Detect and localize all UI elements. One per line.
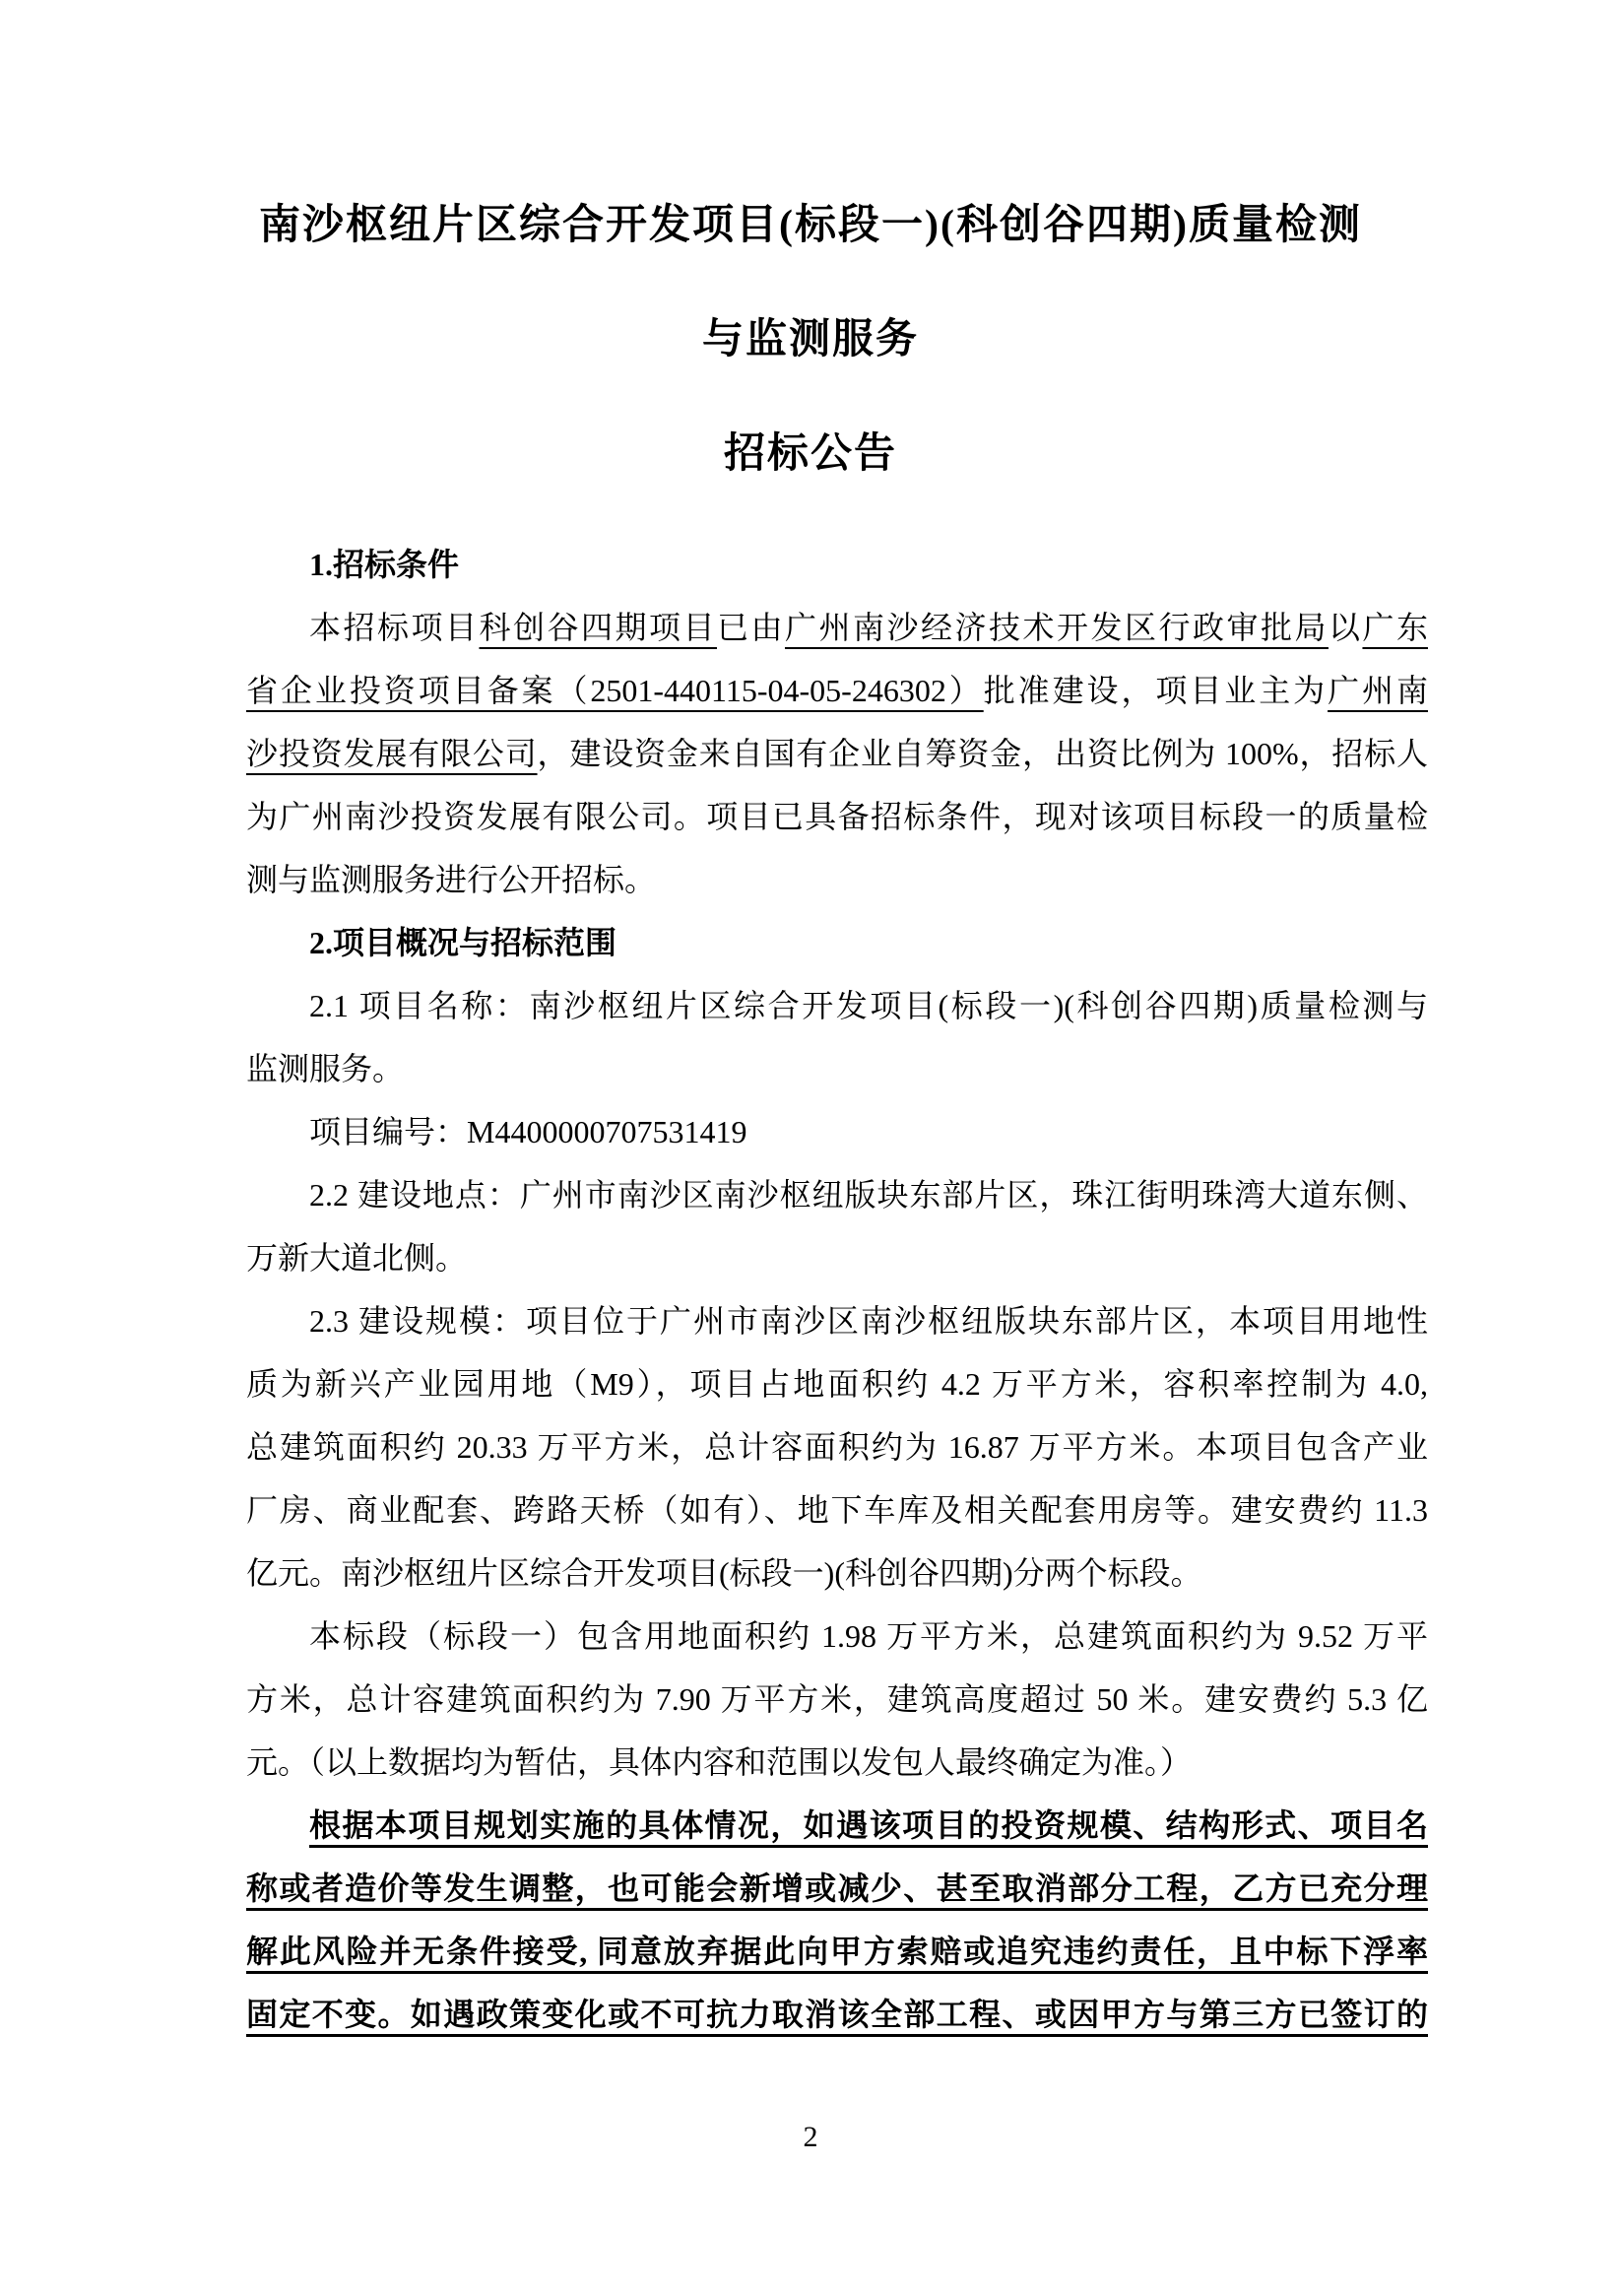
text-segment: 批准建设，项目业主为 bbox=[984, 673, 1328, 708]
text-line: 项目编号：M4400000707531419 bbox=[246, 1100, 1428, 1163]
text-line: 本标段（标段一）包含用地面积约 1.98 万平方米，总建筑面积约为 9.52 万… bbox=[246, 1605, 1428, 1668]
underlined-text-segment: 科创谷四期项目 bbox=[480, 610, 717, 645]
underlined-text-segment: 沙投资发展有限公司 bbox=[246, 736, 538, 771]
text-line: 为广州南沙投资发展有限公司。项目已具备招标条件，现对该项目标段一的质量检 bbox=[246, 785, 1428, 848]
text-segment: 本招标项目 bbox=[309, 610, 480, 645]
document-subtitle: 招标公告 bbox=[0, 397, 1621, 511]
text-segment: 以 bbox=[1329, 610, 1363, 645]
text-line: 厂房、商业配套、跨路天桥（如有）、地下车库及相关配套用房等。建安费约 11.3 bbox=[246, 1478, 1428, 1542]
text-segment: 已由 bbox=[717, 610, 785, 645]
text-segment: 2.1 项目名称：南沙枢纽片区综合开发项目(标段一)(科创谷四期)质量检测与 bbox=[309, 988, 1428, 1023]
text-line: 2.1 项目名称：南沙枢纽片区综合开发项目(标段一)(科创谷四期)质量检测与 bbox=[246, 974, 1428, 1037]
text-line: 沙投资发展有限公司，建设资金来自国有企业自筹资金，出资比例为 100%，招标人 bbox=[246, 722, 1428, 785]
text-line: 测与监测服务进行公开招标。 bbox=[246, 848, 1428, 911]
document-title-block: 南沙枢纽片区综合开发项目(标段一)(科创谷四期)质量检测 与监测服务 招标公告 bbox=[0, 0, 1621, 511]
text-line: 固定不变。如遇政策变化或不可抗力取消该全部工程、或因甲方与第三方已签订的 bbox=[246, 1983, 1428, 2046]
underlined-text-segment: 解此风险并无条件接受, 同意放弃据此向甲方索赔或追究违约责任，且中标下浮率 bbox=[246, 1934, 1428, 1969]
underlined-text-segment: 广东 bbox=[1362, 610, 1428, 645]
text-line: 元。（以上数据均为暂估，具体内容和范围以发包人最终确定为准。） bbox=[246, 1731, 1428, 1794]
document-page: 南沙枢纽片区综合开发项目(标段一)(科创谷四期)质量检测 与监测服务 招标公告 … bbox=[0, 0, 1621, 2296]
text-segment: 亿元。南沙枢纽片区综合开发项目(标段一)(科创谷四期)分两个标段。 bbox=[246, 1555, 1202, 1591]
text-segment: 本标段（标段一）包含用地面积约 1.98 万平方米，总建筑面积约为 9.52 万… bbox=[309, 1618, 1428, 1654]
text-segment: 厂房、商业配套、跨路天桥（如有）、地下车库及相关配套用房等。建安费约 11.3 bbox=[246, 1492, 1428, 1528]
text-segment: 方米，总计容建筑面积约为 7.90 万平方米，建筑高度超过 50 米。建安费约 … bbox=[246, 1681, 1428, 1717]
text-segment: 2.3 建设规模：项目位于广州市南沙区南沙枢纽版块东部片区，本项目用地性 bbox=[309, 1303, 1428, 1339]
underlined-text-segment: 根据本项目规划实施的具体情况，如遇该项目的投资规模、结构形式、项目名 bbox=[309, 1807, 1428, 1843]
text-line: 根据本项目规划实施的具体情况，如遇该项目的投资规模、结构形式、项目名 bbox=[246, 1794, 1428, 1857]
text-line: 方米，总计容建筑面积约为 7.90 万平方米，建筑高度超过 50 米。建安费约 … bbox=[246, 1668, 1428, 1731]
text-line: 监测服务。 bbox=[246, 1037, 1428, 1100]
text-segment: ，建设资金来自国有企业自筹资金，出资比例为 100%，招标人 bbox=[538, 736, 1428, 771]
text-segment: 监测服务。 bbox=[246, 1051, 404, 1086]
text-segment: 总建筑面积约 20.33 万平方米，总计容面积约为 16.87 万平方米。本项目… bbox=[246, 1429, 1428, 1465]
text-line: 本招标项目科创谷四期项目已由广州南沙经济技术开发区行政审批局以广东 bbox=[246, 596, 1428, 659]
text-segment: 1.招标条件 bbox=[309, 547, 459, 582]
underlined-text-segment: 省企业投资项目备案（2501-440115-04-05-246302） bbox=[246, 673, 984, 708]
text-segment: 元。（以上数据均为暂估，具体内容和范围以发包人最终确定为准。） bbox=[246, 1744, 1192, 1780]
section-heading-1: 1.招标条件 bbox=[246, 533, 1428, 596]
text-segment: 为广州南沙投资发展有限公司。项目已具备招标条件，现对该项目标段一的质量检 bbox=[246, 799, 1428, 834]
underlined-text-segment: 称或者造价等发生调整，也可能会新增或减少、甚至取消部分工程，乙方已充分理 bbox=[246, 1870, 1428, 1906]
underlined-text-segment: 广州南 bbox=[1328, 673, 1428, 708]
text-line: 2.2 建设地点：广州市南沙区南沙枢纽版块东部片区，珠江街明珠湾大道东侧、 bbox=[246, 1163, 1428, 1226]
underlined-text-segment: 广州南沙经济技术开发区行政审批局 bbox=[785, 610, 1329, 645]
text-line: 万新大道北侧。 bbox=[246, 1226, 1428, 1289]
text-line: 省企业投资项目备案（2501-440115-04-05-246302）批准建设，… bbox=[246, 659, 1428, 722]
text-segment: 万新大道北侧。 bbox=[246, 1240, 467, 1276]
text-line: 总建筑面积约 20.33 万平方米，总计容面积约为 16.87 万平方米。本项目… bbox=[246, 1415, 1428, 1478]
underlined-text-segment: 固定不变。如遇政策变化或不可抗力取消该全部工程、或因甲方与第三方已签订的 bbox=[246, 1997, 1428, 2032]
text-line: 亿元。南沙枢纽片区综合开发项目(标段一)(科创谷四期)分两个标段。 bbox=[246, 1542, 1428, 1605]
text-segment: 2.项目概况与招标范围 bbox=[309, 925, 616, 960]
section-heading-2: 2.项目概况与招标范围 bbox=[246, 911, 1428, 974]
page-footer: 2 bbox=[0, 2118, 1621, 2157]
page-number: 2 bbox=[804, 2121, 818, 2153]
text-line: 2.3 建设规模：项目位于广州市南沙区南沙枢纽版块东部片区，本项目用地性 bbox=[246, 1289, 1428, 1352]
title-line-2: 与监测服务 bbox=[0, 283, 1621, 397]
title-line-1: 南沙枢纽片区综合开发项目(标段一)(科创谷四期)质量检测 bbox=[0, 168, 1621, 283]
text-line: 解此风险并无条件接受, 同意放弃据此向甲方索赔或追究违约责任，且中标下浮率 bbox=[246, 1920, 1428, 1983]
text-line: 质为新兴产业园用地（M9），项目占地面积约 4.2 万平方米，容积率控制为 4.… bbox=[246, 1352, 1428, 1415]
text-segment: 测与监测服务进行公开招标。 bbox=[246, 862, 656, 897]
text-segment: 项目编号：M4400000707531419 bbox=[309, 1114, 746, 1149]
text-segment: 2.2 建设地点：广州市南沙区南沙枢纽版块东部片区，珠江街明珠湾大道东侧、 bbox=[309, 1177, 1428, 1213]
document-body: 1.招标条件本招标项目科创谷四期项目已由广州南沙经济技术开发区行政审批局以广东省… bbox=[246, 533, 1428, 2046]
text-segment: 质为新兴产业园用地（M9），项目占地面积约 4.2 万平方米，容积率控制为 4.… bbox=[246, 1366, 1428, 1402]
text-line: 称或者造价等发生调整，也可能会新增或减少、甚至取消部分工程，乙方已充分理 bbox=[246, 1857, 1428, 1920]
